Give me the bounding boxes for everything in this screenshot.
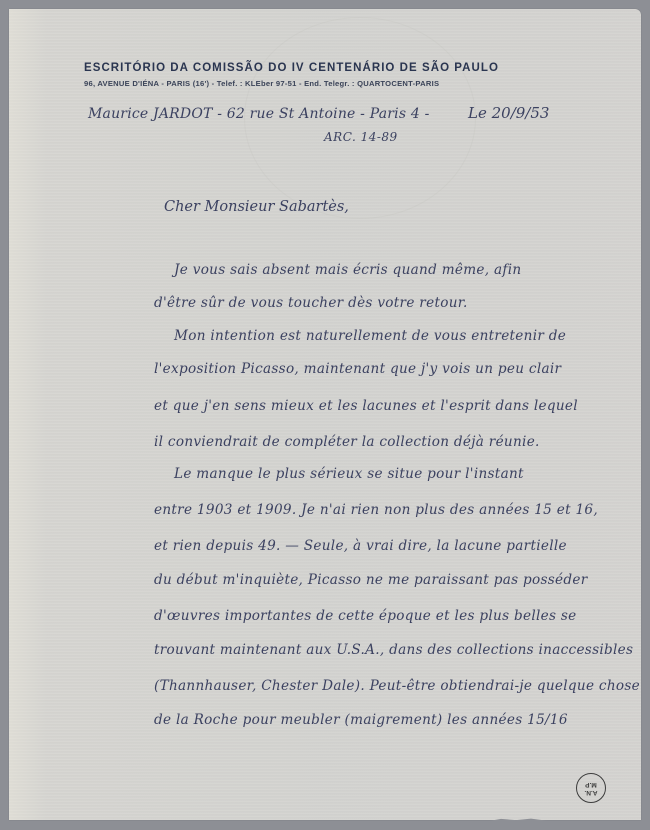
- letter-line: Je vous sais absent mais écris quand mêm…: [174, 262, 521, 278]
- letter-date: Le 20/9/53: [468, 104, 549, 122]
- letterhead-address: 96, AVENUE D'IÉNA - PARIS (16') - Telef.…: [84, 79, 439, 88]
- letter-line: de la Roche pour meubler (maigrement) le…: [154, 712, 568, 728]
- letter-line: du début m'inquiète, Picasso ne me parai…: [154, 572, 588, 588]
- archive-reference: ARC. 14-89: [324, 130, 398, 144]
- salutation: Cher Monsieur Sabartès,: [164, 199, 349, 215]
- archive-stamp: A.N. M.P: [576, 773, 606, 803]
- letter-line: Mon intention est naturellement de vous …: [174, 328, 566, 344]
- stamp-line-1: A.N.: [585, 788, 598, 796]
- paper-tear: [489, 818, 549, 821]
- letter-line: (Thannhauser, Chester Dale). Peut-être o…: [154, 678, 640, 694]
- stamp-line-2: M.P: [585, 780, 597, 788]
- letter-line: d'œuvres importantes de cette époque et …: [154, 608, 577, 624]
- letter-line: Le manque le plus sérieux se situe pour …: [174, 466, 524, 482]
- letter-line: il conviendrait de compléter la collecti…: [154, 434, 540, 450]
- sender-address: Maurice JARDOT - 62 rue St Antoine - Par…: [88, 106, 430, 122]
- letter-line: trouvant maintenant aux U.S.A., dans des…: [154, 642, 633, 658]
- letter-page: ESCRITÓRIO DA COMISSÃO DO IV CENTENÁRIO …: [9, 9, 641, 820]
- letter-line: et rien depuis 49. — Seule, à vrai dire,…: [154, 538, 567, 554]
- letter-line: et que j'en sens mieux et les lacunes et…: [154, 398, 578, 414]
- letter-line: d'être sûr de vous toucher dès votre ret…: [154, 295, 468, 311]
- letterhead-title: ESCRITÓRIO DA COMISSÃO DO IV CENTENÁRIO …: [84, 62, 499, 74]
- letter-line: l'exposition Picasso, maintenant que j'y…: [154, 361, 561, 377]
- letter-line: entre 1903 et 1909. Je n'ai rien non plu…: [154, 502, 598, 518]
